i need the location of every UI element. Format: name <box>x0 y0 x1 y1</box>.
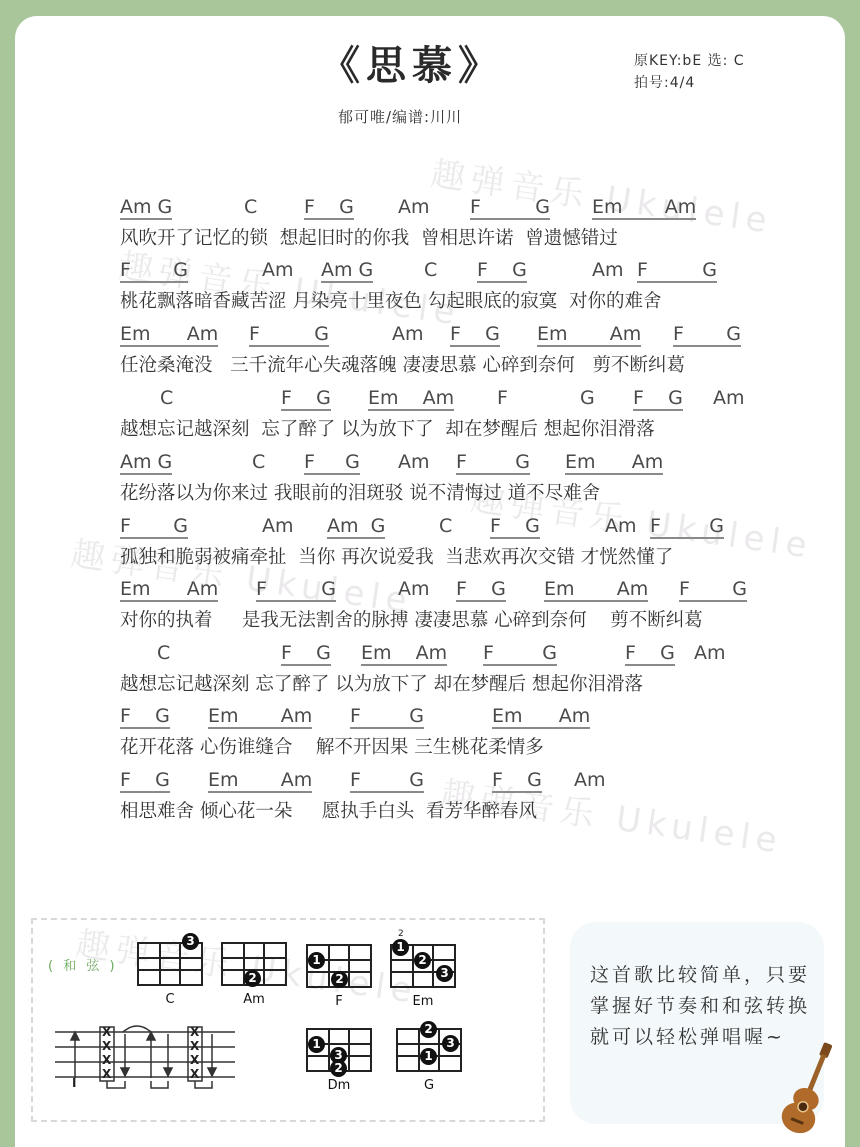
chord-section-label: ( 和 弦 ) <box>48 955 118 974</box>
ukulele-icon <box>775 1038 845 1138</box>
chord-group: F G <box>650 516 724 539</box>
chord-group: F G <box>281 388 331 411</box>
chord-name: Dm <box>319 1078 359 1093</box>
finger-dot: 3 <box>442 1035 459 1052</box>
chord-group: Am <box>398 579 430 599</box>
lyric-line: 越想忘记越深刻 忘了醉了 以为放下了 却在梦醒后 想起你泪滑落 <box>120 419 655 441</box>
chord-group: F G <box>456 579 506 602</box>
finger-dot: 1 <box>308 952 325 969</box>
chord-group: Em Am <box>537 324 641 347</box>
lyric-line: 越想忘记越深刻 忘了醉了 以为放下了 却在梦醒后 想起你泪滑落 <box>120 674 643 696</box>
chord-group: Am G <box>321 260 373 283</box>
chord-group: F G <box>304 197 354 220</box>
chord-group: Am <box>605 516 637 536</box>
chord-group: C <box>424 260 437 280</box>
chord-name: G <box>409 1078 449 1093</box>
chord-group: Am <box>694 643 726 663</box>
chord-group: F G <box>120 770 170 793</box>
chord-group: F G <box>483 643 557 666</box>
chord-name: Em <box>403 994 443 1009</box>
fret-marker: 2 <box>398 929 404 939</box>
chord-group: Am <box>392 324 424 344</box>
chord-group: F G <box>490 516 540 539</box>
svg-text:X: X <box>190 1053 200 1067</box>
svg-text:X: X <box>102 1067 112 1081</box>
chord-group: F G <box>633 388 683 411</box>
lyric-line: 任沧桑淹没 三千流年心失魂落魄 凄凄思慕 心碎到奈何 剪不断纠葛 <box>120 355 685 377</box>
credit: 郁可唯/编谱:川川 <box>338 106 462 127</box>
song-title: 《思慕》 <box>320 34 504 91</box>
chord-group: F <box>497 388 508 408</box>
svg-text:X: X <box>190 1025 200 1039</box>
finger-dot: 1 <box>392 939 409 956</box>
finger-dot: 1 <box>420 1048 437 1065</box>
chord-group: F G <box>637 260 717 283</box>
chord-name: C <box>150 992 190 1007</box>
svg-text:X: X <box>102 1025 112 1039</box>
chord-group: Em Am <box>208 770 312 793</box>
chord-group: F G <box>120 260 188 283</box>
svg-text:X: X <box>190 1067 200 1081</box>
chord-group: Am <box>592 260 624 280</box>
chord-group: F G <box>456 452 530 475</box>
finger-dot: 2 <box>244 970 261 987</box>
chord-group: Em Am <box>208 706 312 729</box>
finger-dot: 2 <box>414 952 431 969</box>
chord-group: F G <box>281 643 331 666</box>
lyric-line: 对你的执着 是我无法割舍的脉搏 凄凄思慕 心碎到奈何 剪不断纠葛 <box>120 610 703 632</box>
lyric-line: 风吹开了记忆的锁 想起旧时的你我 曾相思许诺 曾遗憾错过 <box>120 228 618 250</box>
chord-group: Am <box>398 197 430 217</box>
chord-group: Am <box>262 516 294 536</box>
lyric-line: 桃花飘落暗香藏苦涩 月染亮十里夜色 勾起眼底的寂寞 对你的难舍 <box>120 291 662 313</box>
key-info: 原KEY:bE 选: C <box>634 50 745 70</box>
chord-group: F G <box>120 516 188 539</box>
chord-group: Em Am <box>120 324 218 347</box>
svg-text:X: X <box>190 1039 200 1053</box>
chord-group: Am <box>713 388 745 408</box>
chord-group: Am G <box>120 197 172 220</box>
chord-group: C <box>244 197 257 217</box>
chord-group: F G <box>450 324 500 347</box>
chord-group: C <box>157 643 170 663</box>
chord-group: F G <box>249 324 329 347</box>
chord-name: F <box>319 994 359 1009</box>
chord-group: F G <box>625 643 675 666</box>
finger-dot: 3 <box>182 933 199 950</box>
chord-group: F G <box>477 260 527 283</box>
finger-dot: 2 <box>420 1021 437 1038</box>
chord-group: Em Am <box>368 388 454 411</box>
chord-group: Am G <box>327 516 385 539</box>
chord-group: F G <box>679 579 747 602</box>
strum-pattern-icon: XXXX XXXX <box>55 1018 235 1090</box>
svg-text:X: X <box>102 1039 112 1053</box>
chord-group: F G <box>256 579 336 602</box>
finger-dot: 2 <box>330 1060 347 1077</box>
strum-label: I <box>72 1076 76 1090</box>
chord-name: Am <box>234 992 274 1007</box>
chord-group: F G <box>492 770 542 793</box>
chord-group: C <box>252 452 265 472</box>
chord-group: Am <box>262 260 294 280</box>
finger-dot: 2 <box>331 971 348 988</box>
chord-group: Em Am <box>120 579 218 602</box>
lyric-line: 花纷落以为你来过 我眼前的泪斑驳 说不清悔过 道不尽难舍 <box>120 483 600 505</box>
svg-text:X: X <box>102 1053 112 1067</box>
chord-group: F G <box>470 197 550 220</box>
finger-dot: 1 <box>308 1036 325 1053</box>
lyric-line: 花开花落 心伤谁缝合 解不开因果 三生桃花柔情多 <box>120 737 544 759</box>
chord-group: Am G <box>120 452 172 475</box>
chord-group: Em Am <box>565 452 663 475</box>
chord-group: F G <box>304 452 360 475</box>
chord-group: F G <box>120 706 170 729</box>
chord-group: G <box>580 388 595 408</box>
time-signature: 拍号:4/4 <box>634 72 695 92</box>
chord-group: C <box>439 516 452 536</box>
chord-group: Em Am <box>592 197 696 220</box>
lyric-line: 相思难舍 倾心花一朵 愿执手白头 看芳华醉春风 <box>120 801 537 823</box>
chord-group: Am <box>398 452 430 472</box>
chord-group: F G <box>350 706 424 729</box>
chord-group: Em Am <box>544 579 648 602</box>
chord-group: Em Am <box>492 706 590 729</box>
chord-group: F G <box>350 770 424 793</box>
chord-group: Am <box>574 770 606 790</box>
finger-dot: 3 <box>436 965 453 982</box>
lyric-line: 孤独和脆弱被痛牵扯 当你 再次说爱我 当悲欢再次交错 才恍然懂了 <box>120 547 673 569</box>
chord-group: Em Am <box>361 643 447 666</box>
chord-group: C <box>160 388 173 408</box>
chord-group: F G <box>673 324 741 347</box>
